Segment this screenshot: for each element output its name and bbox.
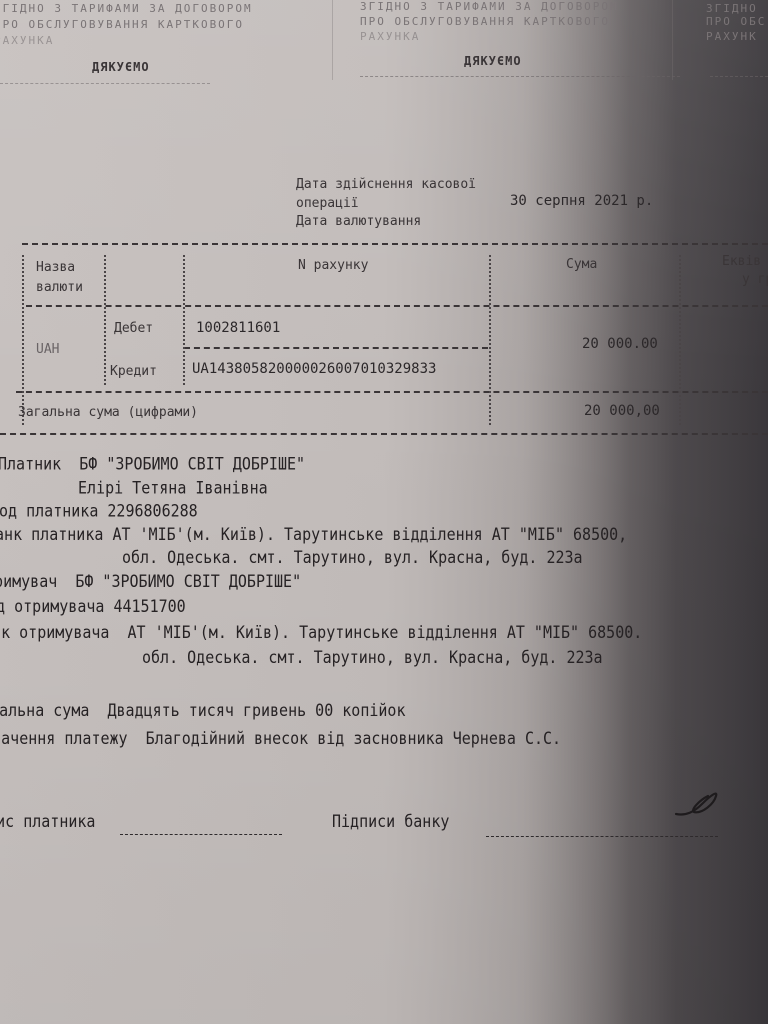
payer-bank-line1: АТ 'МІБ'(м. Київ). Тарутинське відділенн… [112, 524, 627, 545]
recipient-code-label: Код отримувача [0, 596, 104, 617]
credit-label: Кредит [110, 364, 157, 379]
col-line [183, 255, 185, 385]
stub-divider [672, 0, 673, 80]
stub-3-line1: ЗГІДНО [706, 2, 758, 15]
total-words-label: Загальна сума [0, 700, 89, 721]
payer-row: Платник БФ "ЗРОБИМО СВІТ ДОБРІШЕ" [0, 454, 305, 475]
purpose-row: Призначення платежу Благодійний внесок в… [0, 728, 561, 749]
amount-value: 20 000.00 [582, 336, 658, 352]
total-words-value: Двадцять тисяч гривень 00 копійок [107, 700, 405, 721]
table-bottom-border [0, 433, 768, 435]
bank-signature-label: Підписи банку [332, 811, 449, 832]
stub-3-tear-line [710, 76, 768, 77]
col-line [104, 255, 106, 385]
payer-bank-label: Банк платника [0, 524, 103, 545]
stub-3-line3: РАХУНК [706, 30, 758, 43]
col-line [679, 255, 681, 425]
total-digits-label: Загальна сума (цифрами) [18, 405, 198, 420]
stub-2-line2: ПРО ОБСЛУГОВУВАННЯ КАРТКОВОГО [360, 15, 610, 28]
bank-signature-line [486, 836, 718, 837]
recipient-name: БФ "ЗРОБИМО СВІТ ДОБРІШЕ" [75, 571, 301, 592]
operation-date-value: 30 серпня 2021 р. [510, 193, 653, 209]
stub-3-line2: ПРО ОБС [706, 15, 766, 28]
header-currency: Назва [36, 260, 75, 275]
credit-account: UA143805820000026007010329833 [192, 361, 436, 377]
stub-2-tear-line [360, 76, 680, 77]
recipient-bank-label: Банк отримувача [0, 622, 109, 643]
stub-2-line1: ЗГІДНО З ТАРИФАМИ ЗА ДОГОВОРОМ [360, 0, 619, 13]
recipient-row: Отримувач БФ "ЗРОБИМО СВІТ ДОБРІШЕ" [0, 571, 301, 592]
payer-signature-line [120, 834, 282, 835]
payer-person: Елірі Тетяна Іванівна [78, 478, 268, 499]
header-currency-cont: валюти [36, 280, 83, 295]
operation-date-label-cont: операції [296, 196, 359, 211]
stub-1-tear-line [0, 83, 210, 84]
recipient-code-row: Код отримувача 44151700 [0, 596, 186, 617]
payer-code-label: Код платника [0, 501, 98, 522]
debit-credit-divider [184, 347, 488, 349]
total-words-row: Загальна сума Двадцять тисяч гривень 00 … [0, 700, 405, 721]
col-line [22, 255, 24, 425]
stub-2-line3: РАХУНКА [360, 30, 420, 43]
recipient-label: Отримувач [0, 571, 57, 592]
recipient-bank-line1: АТ 'МІБ'(м. Київ). Тарутинське відділенн… [128, 622, 643, 643]
debit-account: 1002811601 [196, 320, 280, 336]
operation-date-label: Дата здійснення касової [296, 177, 476, 192]
header-equivalent-cont: у гр [742, 272, 768, 287]
payer-name: БФ "ЗРОБИМО СВІТ ДОБРІШЕ" [79, 454, 305, 475]
payer-signature-label: Підпис платника [0, 811, 95, 832]
purpose-label: Призначення платежу [0, 728, 128, 749]
header-account: N рахунку [298, 258, 368, 273]
handwritten-signature-icon [672, 786, 724, 822]
value-date-label: Дата валютування [296, 214, 421, 229]
stub-1-line3: РАХУНКА [0, 34, 54, 47]
recipient-bank-row: Банк отримувача АТ 'МІБ'(м. Київ). Тарут… [0, 622, 642, 643]
payer-bank-line2: обл. Одеська. смт. Тарутино, вул. Красна… [122, 547, 583, 568]
purpose-value: Благодійний внесок від засновника Чернев… [146, 728, 561, 749]
col-line [489, 255, 491, 425]
table-top-border [22, 243, 768, 245]
recipient-code: 44151700 [113, 596, 185, 617]
payer-code: 2296806288 [107, 501, 197, 522]
header-bottom-border [26, 305, 768, 307]
payer-code-row: Код платника 2296806288 [0, 501, 198, 522]
stub-divider [332, 0, 333, 80]
header-amount: Сума [566, 257, 597, 272]
stub-1-thanks: ДЯКУЄМО [92, 60, 150, 74]
rows-bottom-border [16, 391, 768, 393]
header-equivalent: Еквів [722, 254, 761, 269]
payer-label: Платник [0, 454, 61, 475]
payer-bank-row: Банк платника АТ 'МІБ'(м. Київ). Тарутин… [0, 524, 627, 545]
stub-2-thanks: ДЯКУЄМО [464, 54, 522, 68]
stub-1-line2: ПРО ОБСЛУГОВУВАННЯ КАРТКОВОГО [0, 18, 244, 31]
debit-label: Дебет [114, 321, 153, 336]
currency-value: UAH [36, 342, 59, 357]
recipient-bank-line2: обл. Одеська. смт. Тарутино, вул. Красна… [142, 647, 603, 668]
stub-1-line1: ЗГІДНО З ТАРИФАМИ ЗА ДОГОВОРОМ [0, 2, 253, 15]
total-digits-value: 20 000,00 [584, 403, 660, 419]
